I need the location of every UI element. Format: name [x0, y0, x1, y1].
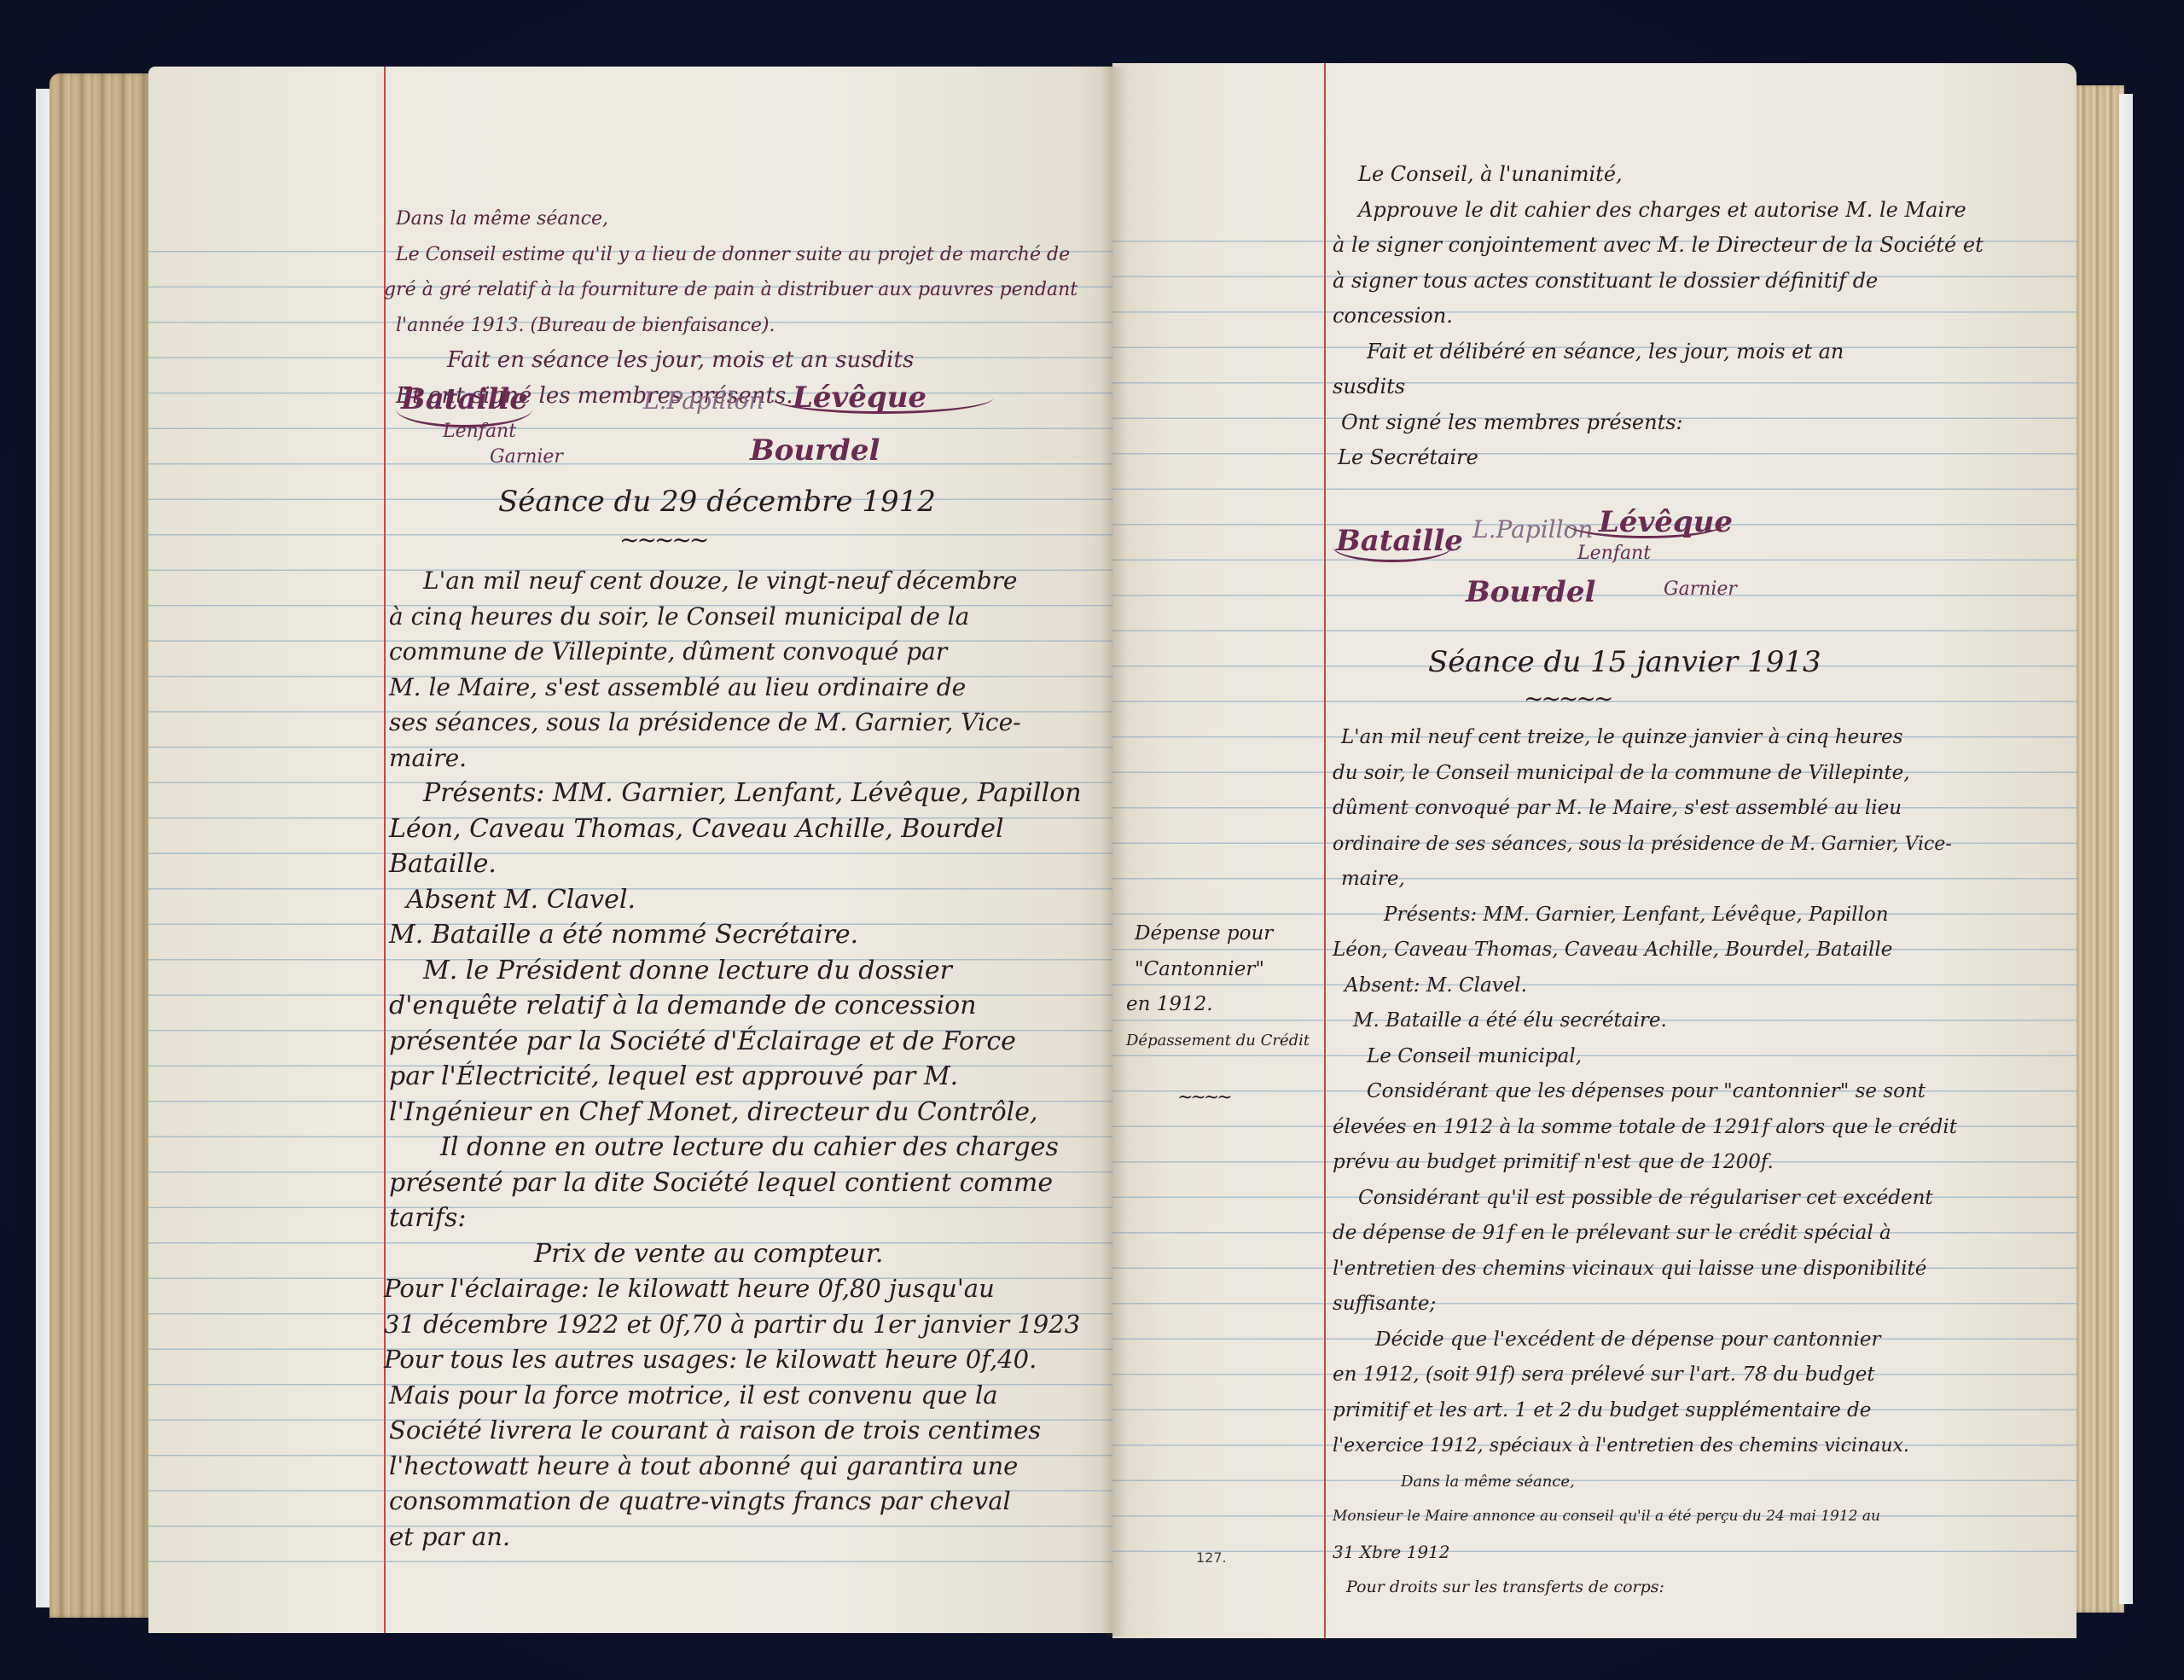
text-line: Il donne en outre lecture du cahier des … [440, 1130, 1082, 1166]
signature-papillon: L.Papillon [643, 387, 764, 415]
text-line: élevées en 1912 à la somme totale de 129… [1333, 1110, 1957, 1146]
text-line: M. le Président donne lecture du dossier [423, 953, 1082, 989]
text-line: l'Ingénieur en Chef Monet, directeur du … [389, 1095, 1082, 1131]
text-line: concession. [1333, 299, 1984, 334]
text-line: Décide que l'excédent de dépense pour ca… [1375, 1322, 1957, 1358]
text-line: Bataille. [389, 846, 1082, 882]
text-line: en 1912, (soit 91f) sera prélevé sur l'a… [1333, 1357, 1957, 1393]
subheading-prix: Prix de vente au compteur. [534, 1236, 1082, 1272]
text-line: dûment convoqué par M. le Maire, s'est a… [1333, 791, 1957, 827]
text-line: 31 décembre 1922 et 0f,70 à partir du 1e… [384, 1307, 1082, 1343]
text-line: à cinq heures du soir, le Conseil munici… [389, 599, 1082, 635]
text-line: susdits [1333, 369, 1984, 405]
text-line: l'exercice 1912, spéciaux à l'entretien … [1333, 1428, 1957, 1464]
text-line: M. le Maire, s'est assemblé au lieu ordi… [389, 670, 1082, 706]
text-line: Présents: MM. Garnier, Lenfant, Lévêque,… [423, 776, 1082, 811]
text-line: commune de Villepinte, dûment convoqué p… [389, 634, 1082, 670]
text-line: du soir, le Conseil municipal de la comm… [1333, 756, 1957, 792]
signature-flourish [771, 382, 993, 414]
margin-separator: ~~~~ [1177, 1087, 1230, 1108]
text-line: Monsieur le Maire annonce au conseil qu'… [1333, 1499, 1957, 1535]
text-line: ordinaire de ses séances, sous la présid… [1333, 827, 1957, 863]
text-line: consommation de quatre-vingts francs par… [389, 1484, 1082, 1520]
text-line: Considérant qu'il est possible de régula… [1358, 1181, 1957, 1217]
separator: ~~~~~ [1524, 684, 1611, 712]
page-stack-right [2073, 85, 2124, 1613]
separator: ~~~~~ [619, 526, 706, 554]
text-line: Pour l'éclairage: le kilowatt heure 0f,8… [384, 1271, 1082, 1307]
signature-garnier: Garnier [1664, 578, 1737, 600]
text-line: M. Bataille a été nommé Secrétaire. [389, 917, 1082, 953]
text-line: suffisante; [1333, 1287, 1957, 1322]
text-line: et par an. [389, 1520, 1082, 1555]
signature-garnier: Garnier [490, 446, 563, 468]
signature-flourish [1565, 507, 1727, 538]
text-line: primitif et les art. 1 et 2 du budget su… [1333, 1393, 1957, 1429]
page-stack-left [49, 73, 150, 1618]
prior-session-end: Le Conseil, à l'unanimité, Approuve le d… [1333, 157, 1984, 476]
text-line: L'an mil neuf cent douze, le vingt-neuf … [423, 563, 1082, 599]
session-heading: Séance du 29 décembre 1912 [498, 485, 936, 519]
text-line: Fait et délibéré en séance, les jour, mo… [1367, 334, 1984, 370]
margin-note-line: Dépense pour [1135, 916, 1310, 952]
text-line: Le Conseil, à l'unanimité, [1358, 157, 1984, 193]
text-line: Léon, Caveau Thomas, Caveau Achille, Bou… [389, 811, 1082, 847]
text-line: à signer tous actes constituant le dossi… [1333, 264, 1984, 299]
text-line: Absent: M. Clavel. [1345, 968, 1957, 1004]
text-line: l'hectowatt heure à tout abonné qui gara… [389, 1449, 1082, 1485]
text-line: ses séances, sous la présidence de M. Ga… [389, 705, 1082, 741]
red-margin-line [1324, 63, 1326, 1638]
text-line: M. Bataille a été élu secrétaire. [1353, 1003, 1957, 1039]
text-line: Le Secrétaire [1338, 440, 1984, 476]
page-number: 127. [1196, 1549, 1227, 1566]
text-line: par l'Électricité, lequel est approuvé p… [389, 1059, 1082, 1095]
text-line: Fait en séance les jour, mois et an susd… [447, 343, 1077, 379]
text-line: Pour droits sur les transferts de corps: [1346, 1570, 1957, 1606]
text-line: Approuve le dit cahier des charges et au… [1358, 193, 1984, 229]
text-line: Mais pour la force motrice, il est conve… [389, 1378, 1082, 1414]
session-body: L'an mil neuf cent treize, le quinze jan… [1333, 720, 1957, 1606]
signature-lenfant: Lenfant [443, 421, 516, 442]
text-line: gré à gré relatif à la fourniture de pai… [384, 272, 1077, 308]
session-heading: Séance du 15 janvier 1913 [1428, 645, 1821, 679]
text-line: Le Conseil municipal, [1367, 1039, 1957, 1075]
text-line: Dans la même séance, [1401, 1464, 1957, 1500]
text-line: Léon, Caveau Thomas, Caveau Achille, Bou… [1333, 933, 1957, 968]
text-line: d'enquête relatif à la demande de conces… [389, 988, 1082, 1024]
text-line: Considérant que les dépenses pour "canto… [1367, 1074, 1957, 1110]
text-line: Ont signé les membres présents: [1341, 405, 1984, 441]
signature-flourish [1333, 531, 1452, 562]
text-line: Dans la même séance, [396, 201, 1077, 237]
text-line: 31 Xbre 1912 [1333, 1535, 1957, 1571]
margin-note: Dépense pour "Cantonnier" en 1912. Dépas… [1126, 916, 1310, 1058]
text-line: maire, [1341, 862, 1957, 898]
signature-bourdel: Bourdel [1466, 575, 1595, 609]
text-line: Absent M. Clavel. [406, 882, 1082, 918]
text-line: prévu au budget primitif n'est que de 12… [1333, 1145, 1957, 1181]
text-line: tarifs: [389, 1200, 1082, 1236]
text-line: présenté par la dite Société lequel cont… [389, 1166, 1082, 1201]
text-line: Le Conseil estime qu'il y a lieu de donn… [396, 237, 1077, 273]
text-line: Présents: MM. Garnier, Lenfant, Lévêque,… [1384, 898, 1957, 933]
text-line: maire. [389, 741, 1082, 776]
margin-note-line: en 1912. [1126, 987, 1310, 1023]
text-line: Société livrera le courant à raison de t… [389, 1413, 1082, 1449]
margin-note-line: Dépassement du Crédit [1126, 1023, 1310, 1059]
right-page: Dépense pour "Cantonnier" en 1912. Dépas… [1112, 63, 2077, 1638]
text-line: L'an mil neuf cent treize, le quinze jan… [1341, 720, 1957, 756]
text-line: Pour tous les autres usages: le kilowatt… [384, 1342, 1082, 1378]
session-body: L'an mil neuf cent douze, le vingt-neuf … [389, 563, 1082, 1555]
text-line: l'entretien des chemins vicinaux qui lai… [1333, 1252, 1957, 1288]
signature-bourdel: Bourdel [750, 433, 880, 468]
text-line: l'année 1913. (Bureau de bienfaisance). [396, 308, 1077, 344]
text-line: présentée par la Société d'Éclairage et … [389, 1024, 1082, 1060]
signature-lenfant: Lenfant [1577, 543, 1651, 564]
book-gutter [1101, 67, 1126, 1636]
text-line: de dépense de 91f en le prélevant sur le… [1333, 1216, 1957, 1252]
left-page: Dans la même séance, Le Conseil estime q… [148, 67, 1112, 1633]
margin-note-line: "Cantonnier" [1135, 952, 1310, 988]
page-edge-right [2119, 94, 2133, 1604]
text-line: à le signer conjointement avec M. le Dir… [1333, 228, 1984, 264]
